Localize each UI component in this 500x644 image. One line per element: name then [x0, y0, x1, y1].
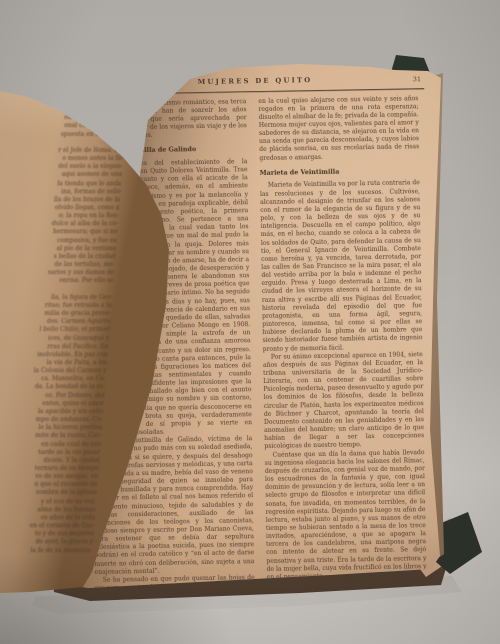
paragraph: Marieta de Veintimilla va por la ruta co… [260, 180, 423, 354]
text-line-fragment: ternura de su tiempo [0, 465, 99, 473]
text-line-fragment: le la hicieron poetisa [0, 424, 102, 432]
text-line-fragment: la vía de Paita, a los [0, 359, 107, 367]
text-line-fragment: de ayer, la gracia y [0, 538, 93, 546]
text-line-fragment: olvido llegan, como a [0, 204, 120, 212]
page-number: 31 [413, 75, 421, 83]
text-line-fragment: al pie de la ventana [0, 245, 116, 253]
text-line-fragment: la apacible y sin ceño [0, 408, 104, 416]
text-line-fragment [0, 286, 113, 294]
book-photo: MUJERES DE QUITO 31 y se hace retozón, s… [0, 0, 500, 644]
paragraph: Cuéntase que un día la dama que había ll… [265, 449, 427, 582]
text-line-fragment: lla, la figura de Ger- [0, 294, 113, 302]
text-line-fragment: tarde se la vio pasar [0, 449, 100, 457]
text-line-fragment: del suelo a la elegan- [0, 163, 123, 171]
text-line-fragment: onal con la Elena de [0, 122, 126, 130]
header-rule [86, 88, 424, 95]
text-line-fragment: l bello Chillo, el primer [0, 326, 110, 334]
text-line-fragment: la tienda que le anda [0, 180, 122, 188]
text-line-fragment: ón de la beata. Supo [0, 114, 127, 122]
left-page-text: nte de sus retratos ys; hubo de tomarse … [0, 98, 128, 555]
text-line-fragment: milia de gracia prove- [0, 310, 111, 318]
text-line-fragment: la fe de su memoria. [0, 547, 93, 555]
text-line-fragment: vo de sus amigas, en [0, 473, 98, 481]
text-line-fragment [0, 139, 125, 147]
text-line-fragment: da. La bondad de la es- [0, 383, 106, 391]
text-line-fragment: ices, de Guayaquil y [0, 335, 109, 343]
text-line-fragment: mpo de andanzas. Co- [0, 416, 103, 424]
text-line-fragment: inolvidable. En paz con [0, 351, 108, 359]
text-line-fragment: en cada cual de sus [0, 441, 101, 449]
text-line-fragment: ritas; fue retraída a la [0, 302, 112, 310]
text-line-fragment: sombra de la iglesia [0, 489, 97, 497]
text-line-fragment: oz. Por Dolores, del [0, 392, 105, 400]
text-line-fragment: mite de la razón; Car- [0, 432, 102, 440]
text-line-fragment: sarios y sus damas de [0, 269, 115, 277]
text-line-fragment: o; la ropa en la fies- [0, 212, 119, 220]
text-line-fragment: s; hubo de tomarse la [0, 106, 127, 114]
text-line-fragment: de las tertulias, me- [0, 261, 115, 269]
paragraph-continuation: en la cual quiso alejarse con sus veinte… [258, 95, 419, 163]
text-line-fragment: aquí asomos de una [0, 171, 122, 179]
text-line-fragment: ca. Manuelita, en Ca- [0, 375, 106, 383]
running-title: MUJERES DE QUITO [86, 74, 424, 88]
text-line-fragment: o menos antes la fá- [0, 155, 124, 163]
text-line-fragment: alma de las buenas [0, 506, 96, 514]
text-line-fragment: entos, quiso el amor [0, 400, 104, 408]
text-line-fragment: r el Jefe de Roma. Pe- [0, 147, 124, 155]
text-line-fragment: n que el recuerdo de [0, 481, 98, 489]
paragraph-continuation: y se hace retozón, su epicismo romántico… [86, 98, 247, 142]
text-line-fragment: spuesta en el sentido [0, 131, 125, 139]
text-line-fragment: dos. Carmen Aguirre [0, 318, 111, 326]
text-line-fragment: onrisa. Por ello se [0, 277, 114, 285]
text-line-fragment: lla de los brazos de la [0, 196, 120, 204]
text-line-fragment: rras del Pacífico. En [0, 343, 109, 351]
text-line-fragment: to y de sus mujeres [0, 530, 94, 538]
text-line-fragment: s bellas de la ciudad [0, 253, 116, 261]
text-line-fragment: y el eco de su voz. [0, 498, 97, 506]
text-line-fragment: hermosura; que si no [0, 228, 118, 236]
text-line-fragment: en el corazón de Qui- [0, 522, 95, 530]
text-line-fragment: ina, formas de sello [0, 188, 121, 196]
text-column-right: en la cual quiso alejarse con sus veinte… [258, 95, 427, 590]
text-line-fragment: os años de la vida [0, 514, 95, 522]
text-line-fragment: la Colonia del Carmen y [0, 367, 107, 375]
section-heading-marieta: Marieta de Veintimilla [260, 167, 420, 178]
text-line-fragment: compasiva, y fue su [0, 237, 117, 245]
paragraph: Por su ánimo excepcional aparece en 1904… [263, 351, 425, 452]
text-line-fragment: dición. Y la ciudad [0, 457, 100, 465]
text-line-fragment: nte de sus retratos y [0, 98, 128, 106]
text-line-fragment: dulce al alba de la co- [0, 220, 118, 228]
